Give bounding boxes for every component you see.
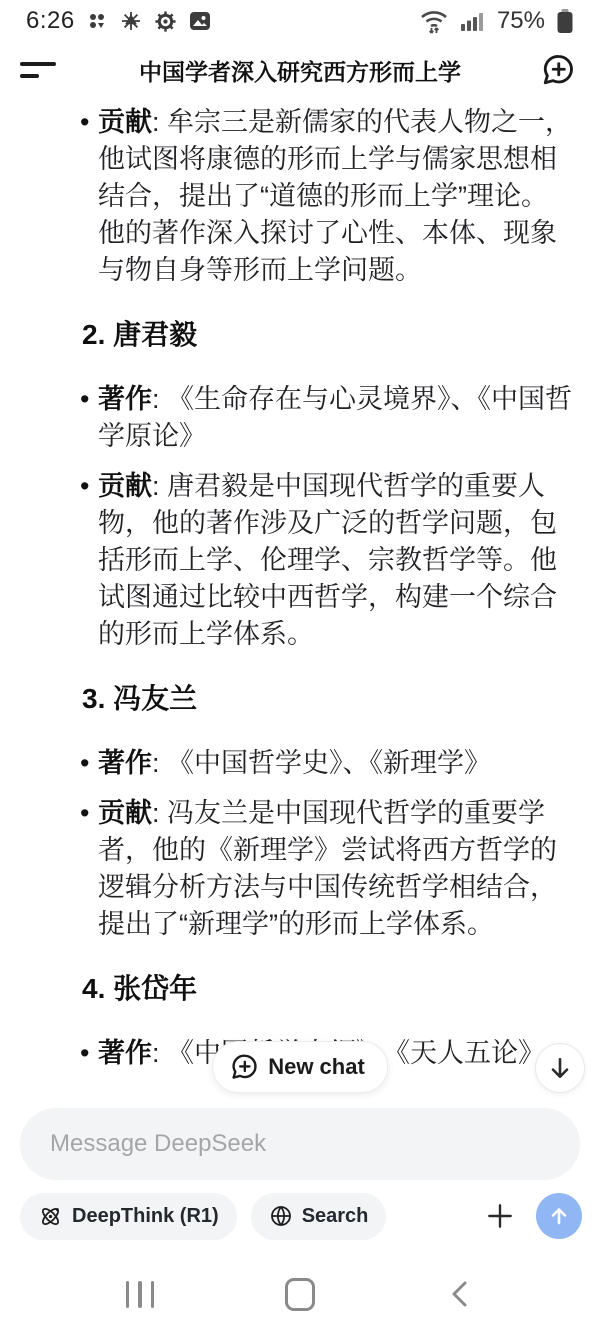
search-label: Search: [302, 1205, 369, 1228]
bullet-dot: •: [80, 745, 89, 782]
assistant-message: •贡献: 牟宗三是新儒家的代表人物之一，他试图将康德的形而上学与儒家思想相结合，…: [0, 98, 600, 1100]
app-bar: 中国学者深入研究西方形而上学: [0, 42, 600, 98]
signal-icon: [460, 9, 486, 33]
android-nav-bar: [0, 1255, 600, 1333]
arrow-down-icon: [547, 1055, 573, 1081]
send-button[interactable]: [536, 1193, 582, 1239]
recents-icon[interactable]: [110, 1269, 170, 1319]
battery-percent: 75%: [497, 7, 545, 35]
battery-icon: [556, 8, 574, 34]
section-heading: 4. 张岱年: [82, 969, 572, 1009]
globe-icon: [269, 1204, 293, 1228]
atom-icon: [38, 1204, 63, 1229]
notification-dots-icon: [86, 9, 108, 33]
menu-icon[interactable]: [20, 50, 64, 90]
message-input[interactable]: [20, 1108, 580, 1180]
bullet-dot: •: [80, 1035, 89, 1072]
list-item: •贡献: 牟宗三是新儒家的代表人物之一，他试图将康德的形而上学与儒家思想相结合，…: [80, 104, 572, 289]
scroll-to-bottom-button[interactable]: [535, 1043, 585, 1093]
bullet-dot: •: [80, 104, 89, 141]
deepthink-toggle[interactable]: DeepThink (R1): [20, 1193, 237, 1240]
new-chat-icon[interactable]: [536, 48, 580, 92]
back-icon[interactable]: [430, 1269, 490, 1319]
gear-icon: [154, 10, 177, 33]
conversation-title: 中国学者深入研究西方形而上学: [139, 54, 461, 87]
bullet-dot: •: [80, 795, 89, 832]
list-item: •著作: 《生命存在与心灵境界》、《中国哲学原论》: [80, 381, 572, 455]
bullet-dot: •: [80, 468, 89, 505]
search-toggle[interactable]: Search: [251, 1193, 387, 1240]
wifi-icon: [419, 8, 449, 34]
new-chat-label: New chat: [268, 1054, 365, 1080]
clock: 6:26: [26, 7, 75, 35]
list-item: •贡献: 冯友兰是中国现代哲学的重要学者，他的《新理学》尝试将西方哲学的逻辑分析…: [80, 795, 572, 943]
new-chat-button[interactable]: New chat: [212, 1041, 388, 1093]
blocked-star-icon: [119, 9, 143, 33]
status-bar: 6:26 75%: [0, 0, 600, 42]
home-icon[interactable]: [270, 1269, 330, 1319]
section-heading: 3. 冯友兰: [82, 679, 572, 719]
list-item: •贡献: 唐君毅是中国现代哲学的重要人物，他的著作涉及广泛的哲学问题，包括形而上…: [80, 468, 572, 653]
bullet-dot: •: [80, 381, 89, 418]
chat-bubble-plus-icon: [229, 1052, 259, 1082]
list-item: •著作: 《中国哲学史》、《新理学》: [80, 745, 572, 782]
deepthink-label: DeepThink (R1): [72, 1205, 219, 1228]
screenshot-image-icon: [188, 9, 212, 33]
attach-plus-icon[interactable]: [478, 1194, 522, 1238]
section-heading: 2. 唐君毅: [82, 315, 572, 355]
composer: DeepThink (R1) Search: [0, 1100, 600, 1255]
composer-toolbar: DeepThink (R1) Search: [20, 1192, 582, 1240]
arrow-up-icon: [547, 1204, 571, 1228]
